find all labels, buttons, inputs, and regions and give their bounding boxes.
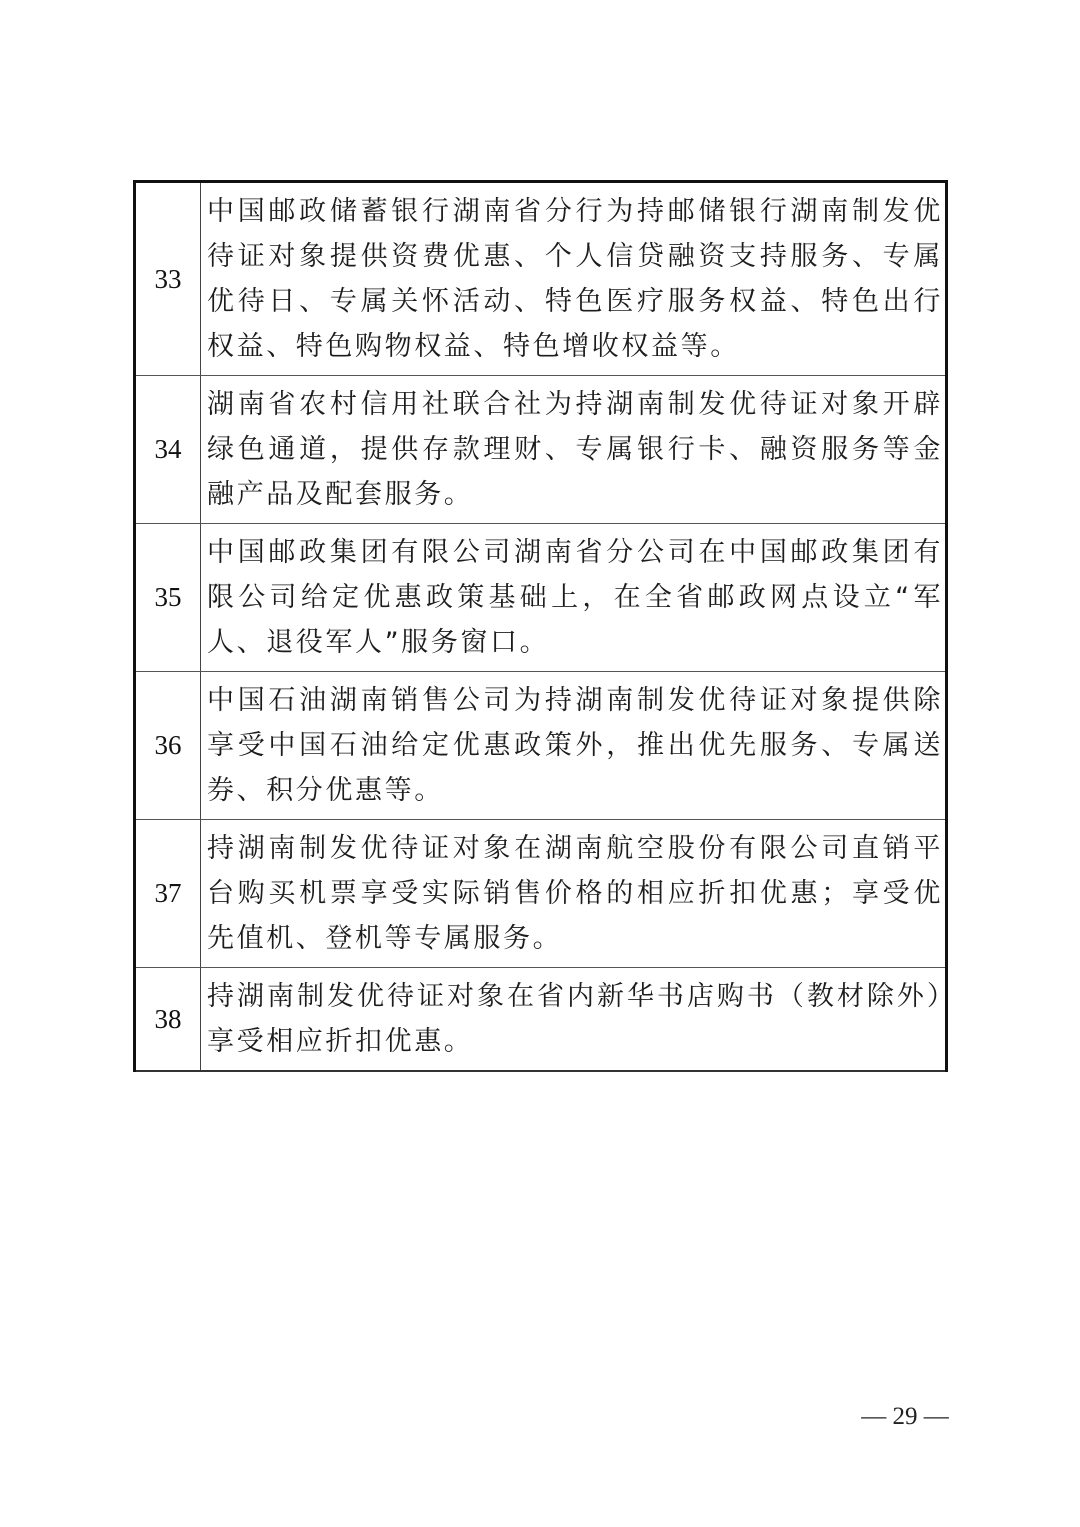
row-description: 持湖南制发优待证对象在湖南航空股份有限公司直销平台购买机票享受实际销售价格的相应… [201, 820, 947, 968]
row-number: 37 [135, 820, 201, 968]
table-row: 35 中国邮政集团有限公司湖南省分公司在中国邮政集团有限公司给定优惠政策基础上，… [135, 524, 947, 672]
row-description: 持湖南制发优待证对象在省内新华书店购书（教材除外）享受相应折扣优惠。 [201, 968, 947, 1072]
row-description: 中国石油湖南销售公司为持湖南制发优待证对象提供除享受中国石油给定优惠政策外，推出… [201, 672, 947, 820]
table-row: 34 湖南省农村信用社联合社为持湖南制发优待证对象开辟绿色通道，提供存款理财、专… [135, 376, 947, 524]
page-number: — 29 — [855, 1403, 955, 1431]
table-row: 33 中国邮政储蓄银行湖南省分行为持邮储银行湖南制发优待证对象提供资费优惠、个人… [135, 182, 947, 376]
table-row: 37 持湖南制发优待证对象在湖南航空股份有限公司直销平台购买机票享受实际销售价格… [135, 820, 947, 968]
row-description: 中国邮政储蓄银行湖南省分行为持邮储银行湖南制发优待证对象提供资费优惠、个人信贷融… [201, 182, 947, 376]
row-number: 38 [135, 968, 201, 1072]
row-number: 33 [135, 182, 201, 376]
row-number: 35 [135, 524, 201, 672]
benefits-table: 33 中国邮政储蓄银行湖南省分行为持邮储银行湖南制发优待证对象提供资费优惠、个人… [133, 180, 948, 1072]
table-row: 38 持湖南制发优待证对象在省内新华书店购书（教材除外）享受相应折扣优惠。 [135, 968, 947, 1072]
table-row: 36 中国石油湖南销售公司为持湖南制发优待证对象提供除享受中国石油给定优惠政策外… [135, 672, 947, 820]
row-description: 中国邮政集团有限公司湖南省分公司在中国邮政集团有限公司给定优惠政策基础上，在全省… [201, 524, 947, 672]
row-number: 34 [135, 376, 201, 524]
row-description: 湖南省农村信用社联合社为持湖南制发优待证对象开辟绿色通道，提供存款理财、专属银行… [201, 376, 947, 524]
row-number: 36 [135, 672, 201, 820]
